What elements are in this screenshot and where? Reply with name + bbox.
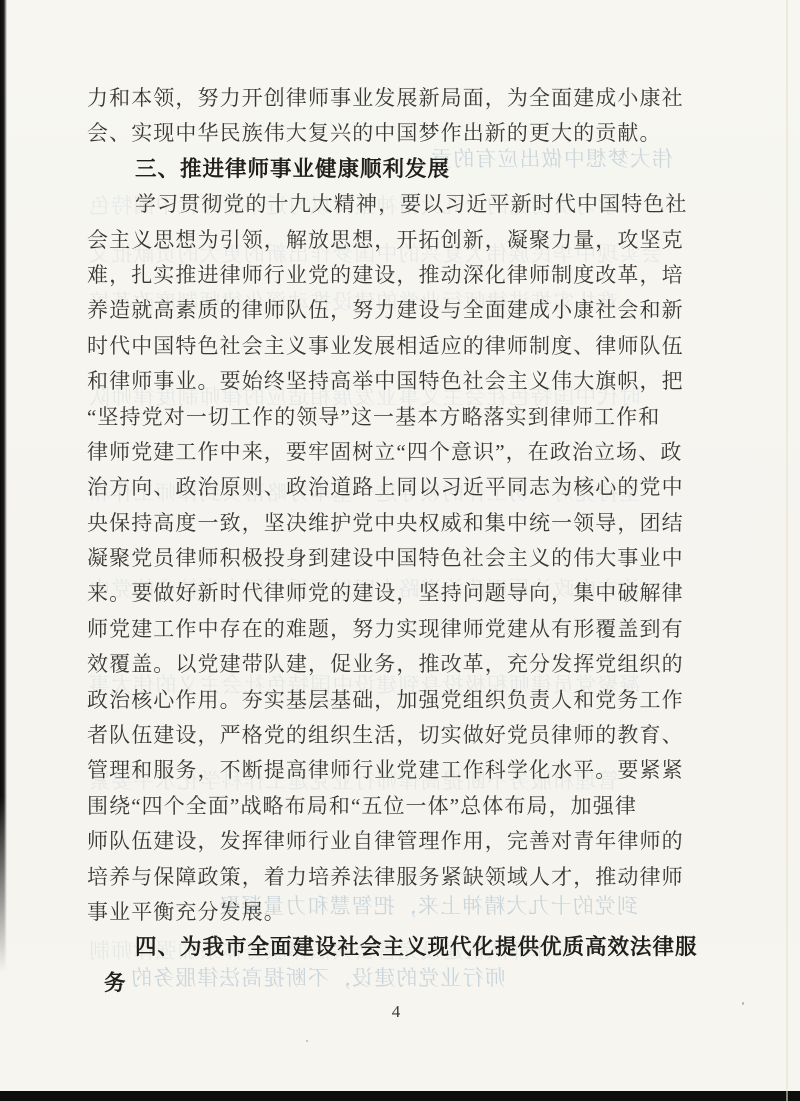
text-line: 律师党建工作中来，要牢固树立“四个意识”，在政治立场、政 [87,435,727,470]
page-number: 4 [0,1002,792,1022]
text-line: 和律师事业。要始终坚持高举中国特色社会主义伟大旗帜，把 [87,364,727,399]
text-line: 师队伍建设，发挥律师行业自律管理作用，完善对青年律师的 [87,824,727,859]
paper-speck [306,1040,308,1042]
text-line: 围绕“四个全面”战略布局和“五位一体”总体布局，加强律 [87,789,727,824]
text-line: 会、实现中华民族伟大复兴的中国梦作出新的更大的贡献。 [87,116,727,151]
text-line: 培养与保障政策，着力培养法律服务紧缺领域人才，推动律师 [87,860,727,895]
text-line: 央保持高度一致，坚决维护党中央权威和集中统一领导，团结 [87,506,727,541]
text-line: 时代中国特色社会主义事业发展相适应的律师制度、律师队伍 [87,329,727,364]
text-line: 力和本领，努力开创律师事业发展新局面，为全面建成小康社 [87,81,727,116]
text-line: 学习贯彻党的十九大精神，要以习近平新时代中国特色社 [87,187,727,222]
scan-edge-left [0,0,7,972]
text-line: 三、推进律师事业健康顺利发展 [87,152,727,187]
text-line: “坚持党对一切工作的领导”这一基本方略落实到律师工作和 [87,400,727,435]
text-line: 来。要做好新时代律师党的建设，坚持问题导向，集中破解律 [87,576,727,611]
text-line: 事业平衡充分发展。 [87,895,727,930]
text-line: 四、为我市全面建设社会主义现代化提供优质高效法律服 [87,930,727,965]
text-line: 凝聚党员律师积极投身到建设中国特色社会主义的伟大事业中 [87,541,727,576]
text-line: 务 [87,966,727,1001]
text-line: 养造就高素质的律师队伍，努力建设与全面建成小康社会和新 [87,293,727,328]
document-text-column: 力和本领，努力开创律师事业发展新局面，为全面建成小康社会、实现中华民族伟大复兴的… [87,81,727,1001]
text-line: 政治核心作用。夯实基层基础，加强党组织负责人和党务工作 [87,683,727,718]
text-line: 治方向、政治原则、政治道路上同以习近平同志为核心的党中 [87,470,727,505]
scanned-document-page: 伟大梦想中做出应有的贡学习贯彻党的十九大精神坚持以习近平新时代中国特色会实现中华… [0,0,800,1101]
text-line: 效覆盖。以党建带队建，促业务，推改革，充分发挥党组织的 [87,647,727,682]
text-line: 难，扎实推进律师行业党的建设，推动深化律师制度改革，培 [87,258,727,293]
scan-fold-line [786,0,788,1101]
text-line: 者队伍建设，严格党的组织生活，切实做好党员律师的教育、 [87,718,727,753]
scan-edge-bottom [0,1091,800,1101]
paper-speck [512,693,515,696]
text-line: 会主义思想为引领，解放思想，开拓创新，凝聚力量，攻坚克 [87,223,727,258]
paper-speck [742,1002,744,1005]
text-line: 师党建工作中存在的难题，努力实现律师党建从有形覆盖到有 [87,612,727,647]
text-line: 管理和服务，不断提高律师行业党建工作科学化水平。要紧紧 [87,753,727,788]
